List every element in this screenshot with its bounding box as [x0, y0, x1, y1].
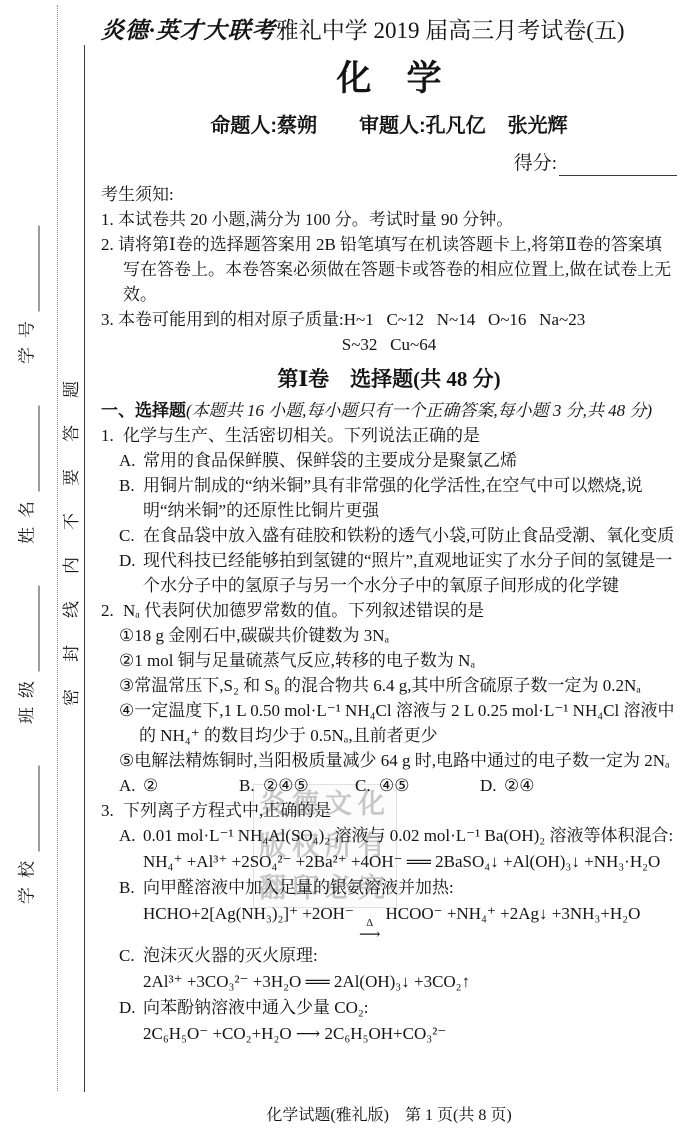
q3-d-text: 向苯酚钠溶液中通入少量 CO₂:: [143, 998, 369, 1017]
exam-name: 雅礼中学 2019 届高三月考试卷(五): [276, 18, 625, 43]
score-blank: [559, 158, 677, 176]
q2-item-2: ②1 mol 铜与足量硫蒸气反应,转移的电子数为 Nₐ: [101, 648, 677, 673]
student-id-label: 学号: [15, 312, 40, 364]
notice-title: 考生须知:: [101, 182, 677, 207]
class-blank: [24, 586, 40, 672]
q3-c-equation: 2Al³⁺ +3CO₃²⁻ +3H₂O ══ 2Al(OH)₃↓ +3CO₂↑: [143, 969, 677, 994]
exam-header: 炎德·英才大联考雅礼中学 2019 届高三月考试卷(五): [101, 16, 677, 46]
delta-heat-arrow-icon: Δ⟶: [359, 918, 381, 942]
q2-number: 2.: [101, 598, 123, 623]
q2-item-5: ⑤电解法精炼铜时,当阳极质量减少 64 g 时,电路中通过的电子数一定为 2Nₐ: [101, 748, 677, 773]
q2-stem: Nₐ 代表阿伏加德罗常数的值。下列叙述错误的是: [123, 598, 677, 623]
q2-answer-b: B.②④⑤: [239, 773, 355, 798]
q2-answer-c: C.④⑤: [355, 773, 480, 798]
school-field: 学校: [15, 766, 40, 904]
q3-option-a: A. 0.01 mol·L⁻¹ NH₄Al(SO₄)₂ 溶液与 0.02 mol…: [101, 823, 677, 875]
q1-option-b: B. 用铜片制成的“纳米铜”具有非常强的化学活性,在空气中可以燃烧,说明“纳米铜…: [101, 473, 677, 523]
question-2: 2. Nₐ 代表阿伏加德罗常数的值。下列叙述错误的是 ①18 g 金刚石中,碳碳…: [101, 598, 677, 798]
section-title: 第Ⅰ卷 选择题(共 48 分): [101, 364, 677, 394]
name-field: 姓名: [15, 406, 40, 544]
q3-stem: 下列离子方程式中,正确的是: [123, 798, 677, 823]
seal-dotted-line: [57, 5, 58, 1091]
section-intro: 一、选择题(本题共 16 小题,每小题只有一个正确答案,每小题 3 分,共 48…: [101, 398, 677, 423]
class-field: 班级: [15, 586, 40, 724]
question-3: 3. 下列离子方程式中,正确的是 A. 0.01 mol·L⁻¹ NH₄Al(S…: [101, 798, 677, 1047]
q2-item-3: ③常温常压下,S₂ 和 S₈ 的混合物共 6.4 g,其中所含硫原子数一定为 0…: [101, 673, 677, 698]
school-label: 学校: [15, 852, 40, 904]
question-1: 1. 化学与生产、生活密切相关。下列说法正确的是 A. 常用的食品保鲜膜、保鲜袋…: [101, 423, 677, 598]
intro-note: (本题共 16 小题,每小题只有一个正确答案,每小题 3 分,共 48 分): [186, 401, 652, 420]
school-blank: [24, 766, 40, 852]
q3-option-b: B. 向甲醛溶液中加入足量的银氨溶液并加热: HCHO+2[Ag(NH₃)₂]⁺…: [101, 875, 677, 943]
q3-number: 3.: [101, 798, 123, 823]
q2-item-1: ①18 g 金刚石中,碳碳共价键数为 3Nₐ: [101, 623, 677, 648]
q1-number: 1.: [101, 423, 123, 448]
notice-item-2: 2. 请将第Ⅰ卷的选择题答案用 2B 铅笔填写在机读答题卡上,将第Ⅱ卷的答案填写…: [101, 232, 677, 307]
score-field: 得分:: [101, 151, 677, 176]
exam-brand: 炎德·英才大联考: [101, 18, 276, 43]
q2-stem-line: 2. Nₐ 代表阿伏加德罗常数的值。下列叙述错误的是: [101, 598, 677, 623]
q3-c-text: 泡沫灭火器的灭火原理:: [143, 946, 318, 965]
student-id-field: 学号: [15, 226, 40, 364]
reviewer-label: 审题人:孔凡亿: [359, 115, 486, 137]
q2-answer-a: A.②: [119, 773, 239, 798]
q2-item-4: ④一定温度下,1 L 0.50 mol·L⁻¹ NH₄Cl 溶液与 2 L 0.…: [101, 698, 677, 748]
exam-page-content: 炎德·英才大联考雅礼中学 2019 届高三月考试卷(五) 化 学 命题人:蔡朔审…: [101, 16, 677, 1047]
q3-a-text: 0.01 mol·L⁻¹ NH₄Al(SO₄)₂ 溶液与 0.02 mol·L⁻…: [143, 826, 673, 845]
q3-option-c: C. 泡沫灭火器的灭火原理: 2Al³⁺ +3CO₃²⁻ +3H₂O ══ 2A…: [101, 943, 677, 995]
reviewer2-label: 张光辉: [508, 115, 568, 137]
q3-d-equation: 2C₆H₅O⁻ +CO₂+H₂O ⟶ 2C₆H₅OH+CO₃²⁻: [143, 1021, 677, 1046]
name-blank: [24, 406, 40, 492]
margin-divider-line: [84, 45, 85, 1092]
q1-option-a: A. 常用的食品保鲜膜、保鲜袋的主要成分是聚氯乙烯: [101, 448, 677, 473]
name-label: 姓名: [15, 492, 40, 544]
setter-label: 命题人:蔡朔: [210, 115, 317, 137]
q1-option-d: D. 现代科技已经能够拍到氢键的“照片”,直观地证实了水分子间的氢键是一个水分子…: [101, 548, 677, 598]
q3-a-equation: NH₄⁺ +Al³⁺ +2SO₄²⁻ +2Ba²⁺ +4OH⁻ ══ 2BaSO…: [143, 849, 677, 874]
page-footer: 化学试题(雅礼版) 第 1 页(共 8 页): [101, 1103, 677, 1128]
q3-option-d: D. 向苯酚钠溶液中通入少量 CO₂: 2C₆H₅O⁻ +CO₂+H₂O ⟶ 2…: [101, 995, 677, 1047]
q3-b-eq-lhs: HCHO+2[Ag(NH₃)₂]⁺ +2OH⁻: [143, 904, 354, 923]
score-label: 得分:: [514, 151, 557, 176]
q1-stem: 化学与生产、生活密切相关。下列说法正确的是: [123, 423, 677, 448]
notice-item-1: 1. 本试卷共 20 小题,满分为 100 分。考试时量 90 分钟。: [101, 207, 677, 232]
candidate-notice: 考生须知: 1. 本试卷共 20 小题,满分为 100 分。考试时量 90 分钟…: [101, 182, 677, 357]
q1-option-c: C. 在食品袋中放入盛有硅胶和铁粉的透气小袋,可防止食品受潮、氧化变质: [101, 523, 677, 548]
q2-answer-row: A.② B.②④⑤ C.④⑤ D.②④: [101, 773, 677, 798]
q3-b-text: 向甲醛溶液中加入足量的银氨溶液并加热:: [143, 878, 454, 897]
intro-bold: 一、选择题: [101, 401, 186, 420]
q3-stem-line: 3. 下列离子方程式中,正确的是: [101, 798, 677, 823]
student-info-fields: 学校 班级 姓名 学号: [18, 93, 40, 1038]
class-label: 班级: [15, 672, 40, 724]
subject-title: 化 学: [101, 58, 677, 100]
notice-item-3: 3. 本卷可能用到的相对原子质量:H~1 C~12 N~14 O~16 Na~2…: [101, 307, 677, 332]
authors-line: 命题人:蔡朔审题人:孔凡亿张光辉: [101, 114, 677, 139]
q1-stem-line: 1. 化学与生产、生活密切相关。下列说法正确的是: [101, 423, 677, 448]
q3-b-equation: HCHO+2[Ag(NH₃)₂]⁺ +2OH⁻Δ⟶HCOO⁻ +NH₄⁺ +2A…: [143, 901, 677, 942]
notice-item-3-continued: S~32 Cu~64: [101, 332, 677, 357]
student-id-blank: [24, 226, 40, 312]
seal-notice: 密封线内不要答题: [59, 340, 81, 720]
q3-b-eq-rhs: HCOO⁻ +NH₄⁺ +2Ag↓ +3NH₃+H₂O: [385, 904, 640, 923]
q2-answer-d: D.②④: [480, 773, 534, 798]
